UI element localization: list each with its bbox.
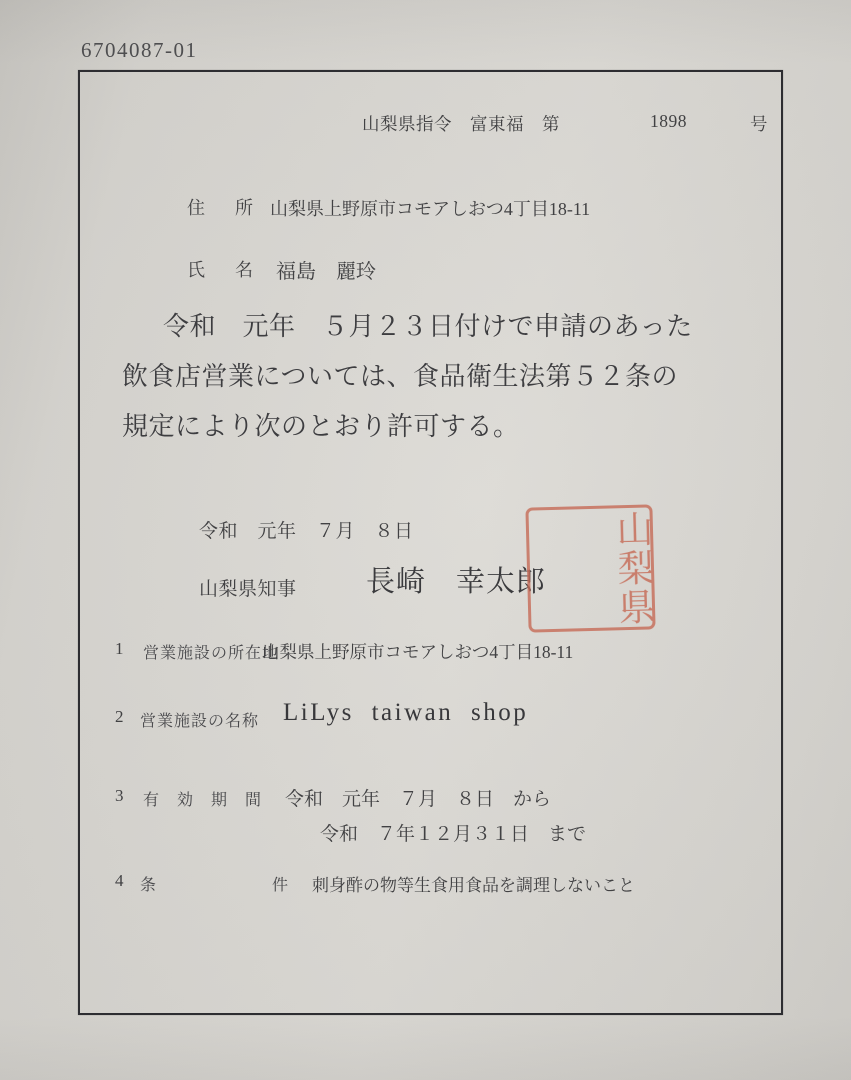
item-4-number: 4 — [115, 871, 124, 891]
applicant-address-value: 山梨県上野原市コモアしおつ4丁目18-11 — [270, 195, 590, 221]
item-3-value-valid-from: 令和 元年 ７月 ８日 から — [285, 784, 551, 811]
applicant-address-label: 住 所 — [187, 194, 259, 220]
permit-body-line: 飲食店営業については、食品衛生法第５２条の — [122, 356, 678, 393]
item-4-label-conditions-left: 条 — [140, 872, 157, 895]
item-2-label-premises-name: 営業施設の名称 — [140, 708, 259, 731]
item-4-label-conditions-right: 件 — [272, 872, 289, 895]
permit-body-line: 規定により次のとおり許可する。 — [122, 406, 520, 443]
item-1-label-premises-location: 営業施設の所在地 — [143, 640, 279, 663]
issue-date: 令和 元年 ７月 ８日 — [199, 516, 414, 543]
item-3-label-validity-period: 有 効 期 間 — [143, 787, 262, 810]
item-4-value-conditions: 刺身酢の物等生食用食品を調理しないこと — [312, 871, 635, 896]
permit-body-line: 令和 元年 ５月２３日付けで申請のあった — [163, 306, 693, 343]
document-serial-number: 6704087-01 — [81, 38, 198, 63]
applicant-name-label: 氏 名 — [187, 256, 259, 282]
applicant-name-value: 福島 麗玲 — [276, 255, 376, 284]
item-1-value-premises-location: 山梨県上野原市コモアしおつ4丁目18-11 — [262, 639, 573, 664]
item-1-number: 1 — [115, 639, 124, 659]
directive-title: 山梨県指令 富東福 第 — [362, 111, 560, 136]
governor-title: 山梨県知事 — [199, 574, 297, 601]
item-2-value-shop-name: LiLys taiwan shop — [283, 699, 528, 727]
item-3-value-valid-to: 令和 ７年１２月３１日 まで — [320, 819, 586, 846]
directive-counter: 号 — [750, 111, 768, 136]
item-2-number: 2 — [115, 707, 124, 727]
governor-name: 長崎 幸太郎 — [366, 559, 546, 600]
item-3-number: 3 — [115, 786, 124, 806]
directive-number: 1898 — [650, 111, 687, 132]
governor-seal-stamp-icon: 山梨県知事印 — [525, 504, 655, 632]
document-photo: 6704087-01 山梨県指令 富東福 第 1898 号 住 所 山梨県上野原… — [0, 0, 851, 1080]
